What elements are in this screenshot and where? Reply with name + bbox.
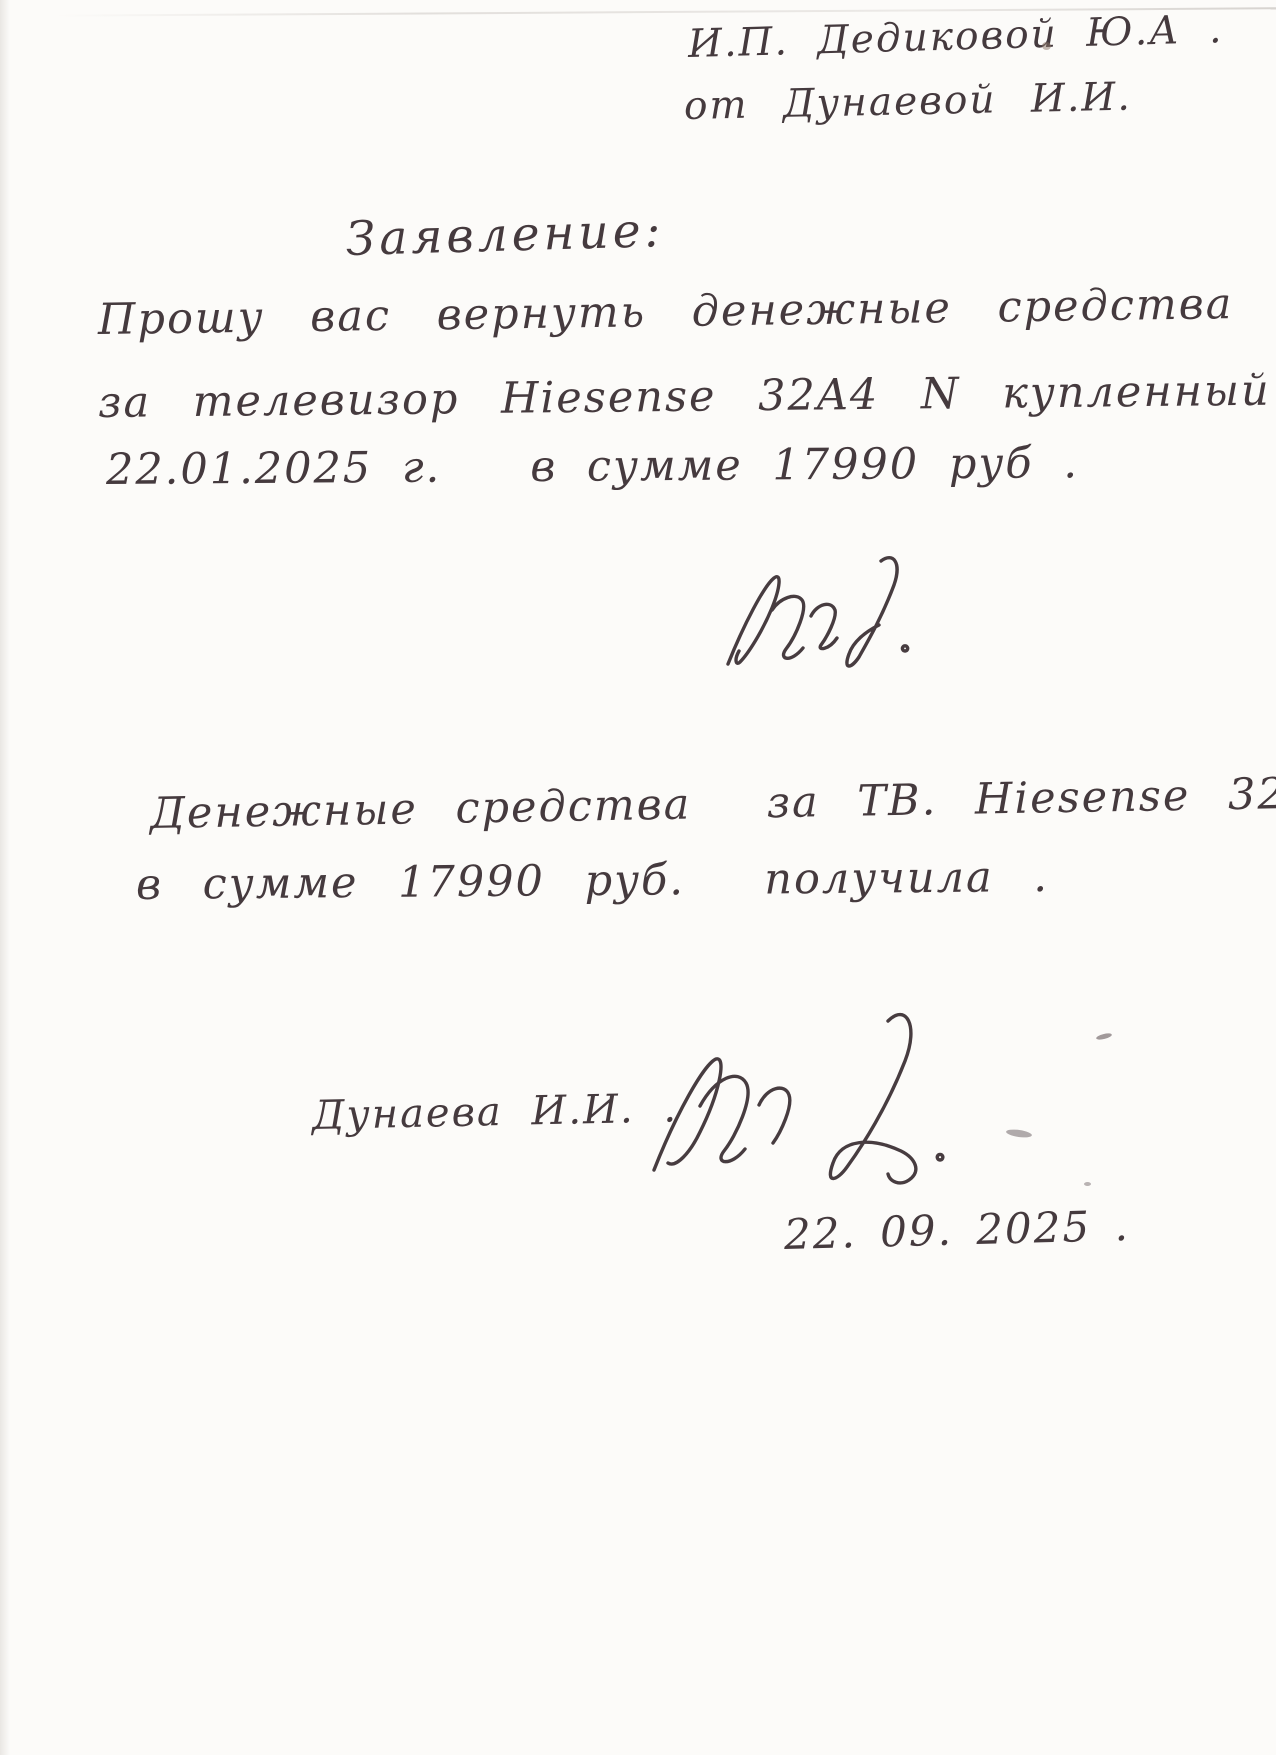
ink-speck xyxy=(1084,1182,1091,1186)
header-from: от Дунаевой И.И. xyxy=(684,77,1133,129)
ink-speck xyxy=(1096,1032,1113,1041)
signature-1-icon xyxy=(718,552,918,677)
body-line-1: Прошу вас вернуть денежные средства xyxy=(98,281,1234,344)
document-title: Заявление: xyxy=(345,205,665,266)
receipt-line-1: Денежные средства за ТВ. Hiesense 32A4N. xyxy=(150,769,1276,838)
receipt-line-2: в сумме 17990 руб. получила . xyxy=(136,854,1049,909)
scanned-handwritten-application: И.П. Дедиковой Ю.А . от Дунаевой И.И. За… xyxy=(0,0,1276,1755)
signer-name: Дунаева И.И. . xyxy=(312,1086,679,1138)
signature-2-icon xyxy=(638,1008,968,1198)
document-date: 22. 09. 2025 . xyxy=(783,1203,1130,1258)
body-line-3: 22.01.2025 г. в сумме 17990 руб . xyxy=(106,440,1079,494)
body-line-2: за телевизор Hiesense 32A4 N купленный xyxy=(98,368,1271,428)
ink-speck xyxy=(1042,42,1051,50)
header-addressee: И.П. Дедиковой Ю.А . xyxy=(687,9,1224,67)
ink-speck xyxy=(1006,1128,1033,1139)
